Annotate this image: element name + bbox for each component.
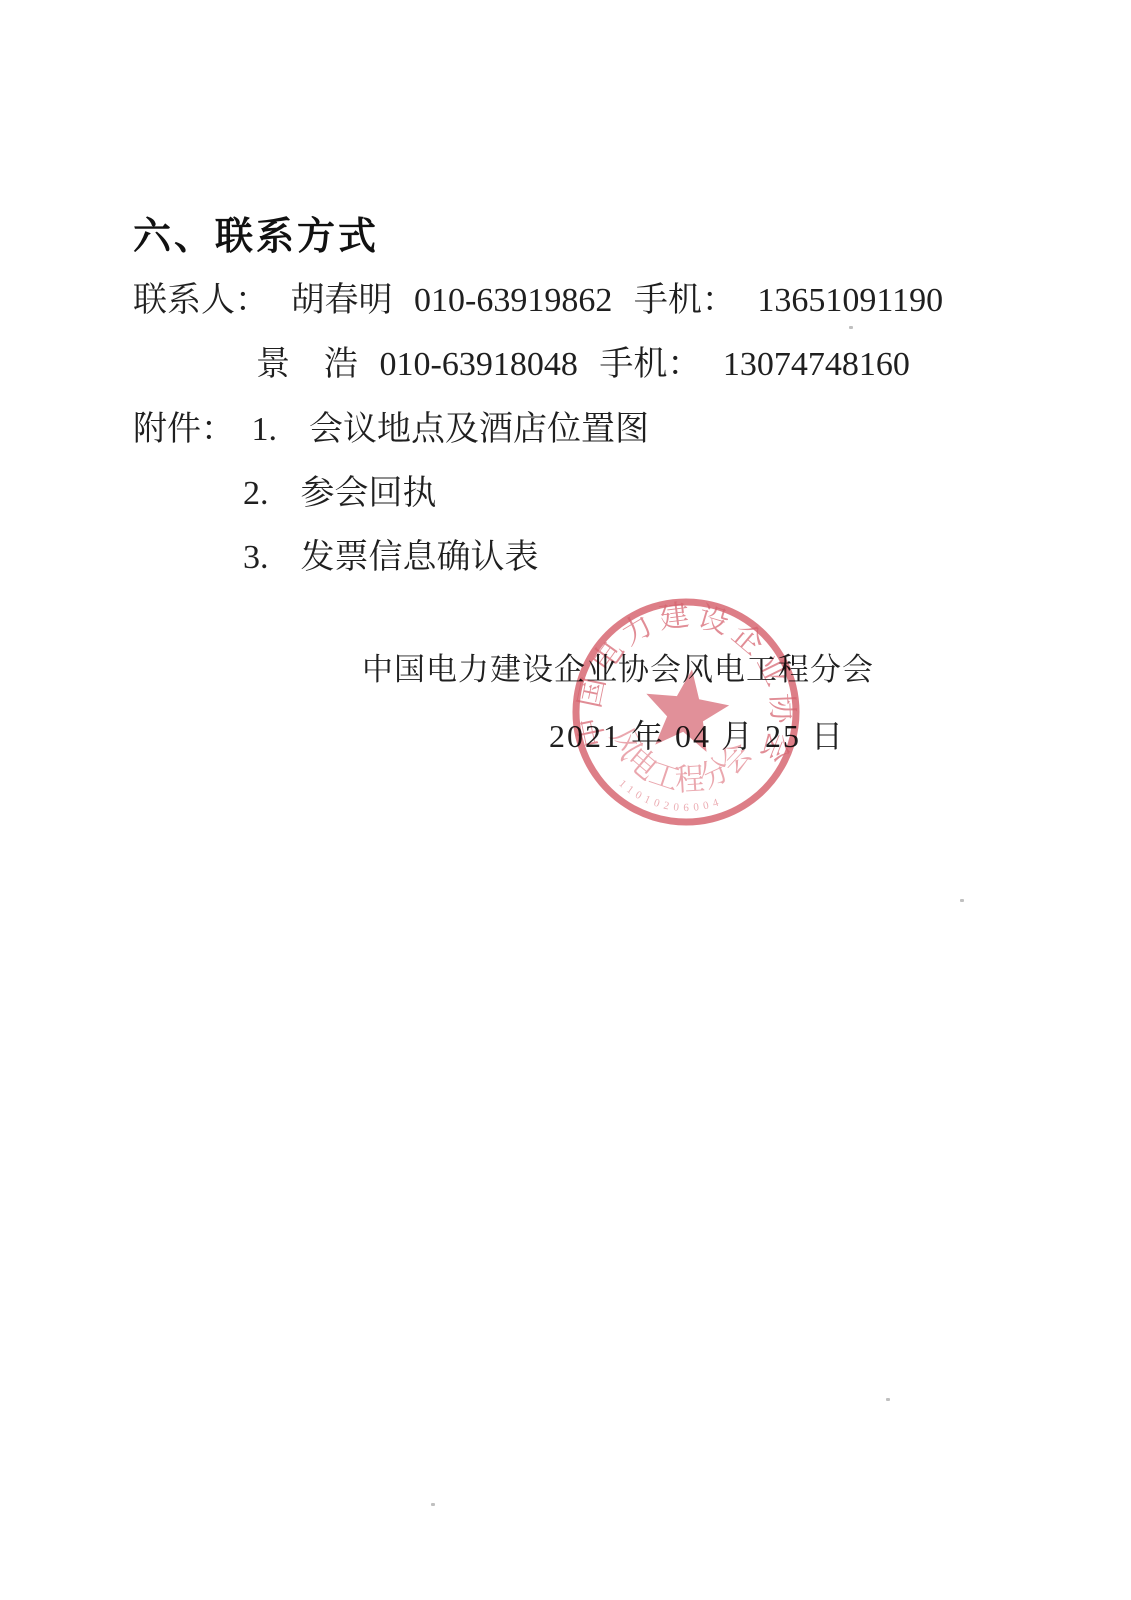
- attachment-row: 2. 参会回执: [243, 477, 437, 511]
- attachments-row: 附件： 1. 会议地点及酒店位置图: [133, 413, 649, 447]
- contact-row-2: 景 浩 010-63918048 手机： 13074748160: [256, 348, 910, 382]
- section-heading: 六、联系方式: [133, 218, 379, 256]
- attachment-title: 发票信息确认表: [301, 539, 539, 576]
- mobile-number: 13651091190: [757, 282, 943, 319]
- scan-speck: [960, 899, 964, 902]
- contact-phone: 010-63918048: [380, 346, 578, 383]
- document-page: 六、联系方式 联系人： 胡春明 010-63919862 手机： 1365109…: [0, 0, 1131, 1600]
- contact-row-1: 联系人： 胡春明 010-63919862 手机： 13651091190: [133, 284, 943, 318]
- mobile-label: 手机：: [599, 346, 701, 383]
- official-seal: 中国电力建设企业协会 风电工程分会 11010206004: [566, 592, 806, 832]
- seal-star: [640, 664, 734, 754]
- contact-name: 景 浩: [256, 346, 358, 383]
- attachment-row: 3. 发票信息确认表: [243, 541, 539, 575]
- scan-speck: [431, 1503, 435, 1506]
- contact-phone: 010-63919862: [414, 282, 612, 319]
- contact-name: 胡春明: [291, 282, 393, 319]
- attachment-number: 3.: [243, 541, 292, 575]
- attachment-number: 1.: [252, 413, 301, 447]
- attachment-title: 参会回执: [301, 475, 437, 512]
- scan-speck: [849, 326, 853, 329]
- mobile-number: 13074748160: [723, 346, 910, 383]
- seal-body: 中国电力建设企业协会 风电工程分会 11010206004: [566, 592, 806, 832]
- contacts-label: 联系人：: [133, 282, 269, 319]
- attachment-number: 2.: [243, 477, 292, 511]
- attachment-title: 会议地点及酒店位置图: [309, 411, 649, 448]
- scan-speck: [886, 1398, 890, 1401]
- mobile-label: 手机：: [634, 282, 736, 319]
- attachments-label: 附件：: [133, 413, 243, 447]
